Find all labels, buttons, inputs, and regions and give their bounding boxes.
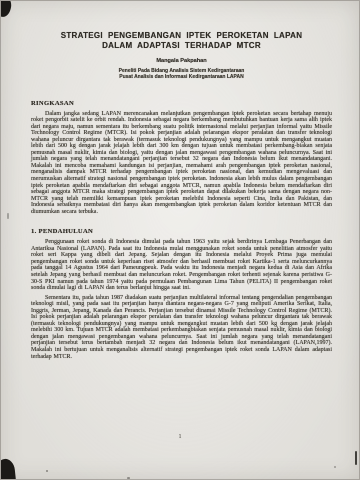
paper-title-line1: STRATEGI PENGEMBANGAN IPTEK PEROKETAN LA…	[31, 31, 332, 41]
scan-speck	[46, 470, 48, 472]
scanned-paper-page: STRATEGI PENGEMBANGAN IPTEK PEROKETAN LA…	[0, 0, 360, 480]
scan-speck	[7, 213, 9, 219]
scan-artifact-bottom-left	[0, 458, 16, 480]
affiliation-line2: Pusat Analisis dan Informasi Kedirgantar…	[31, 74, 332, 80]
paper-content: STRATEGI PENGEMBANGAN IPTEK PEROKETAN LA…	[31, 31, 332, 360]
author-affiliation: Peneliti Pada Bidang Analisis Sistem Ked…	[31, 68, 332, 80]
scan-artifact-right-edge	[355, 451, 358, 465]
intro-paragraph-2: Sementara itu, pada tahun 1987 diadakan …	[31, 295, 332, 360]
paper-title: STRATEGI PENGEMBANGAN IPTEK PEROKETAN LA…	[31, 31, 332, 51]
intro-paragraph-1: Penggunaan roket sonda di Indonesia dimu…	[31, 239, 332, 291]
abstract-paragraph: Dalam jangka sedang LAPAN merencanakan m…	[31, 111, 332, 216]
author-name: Mangala Pakpahan	[31, 58, 332, 65]
section-heading-ringkasan: RINGKASAN	[31, 100, 332, 108]
scan-artifact-top-left	[0, 0, 12, 18]
page-number: 1	[1, 434, 359, 440]
paper-title-line2: DALAM ADAPTASI TERHADAP MTCR	[31, 41, 332, 51]
scan-speck	[334, 466, 336, 468]
section-heading-pendahuluan: 1. PENDAHULUAN	[31, 228, 332, 236]
scan-speck	[127, 477, 130, 479]
